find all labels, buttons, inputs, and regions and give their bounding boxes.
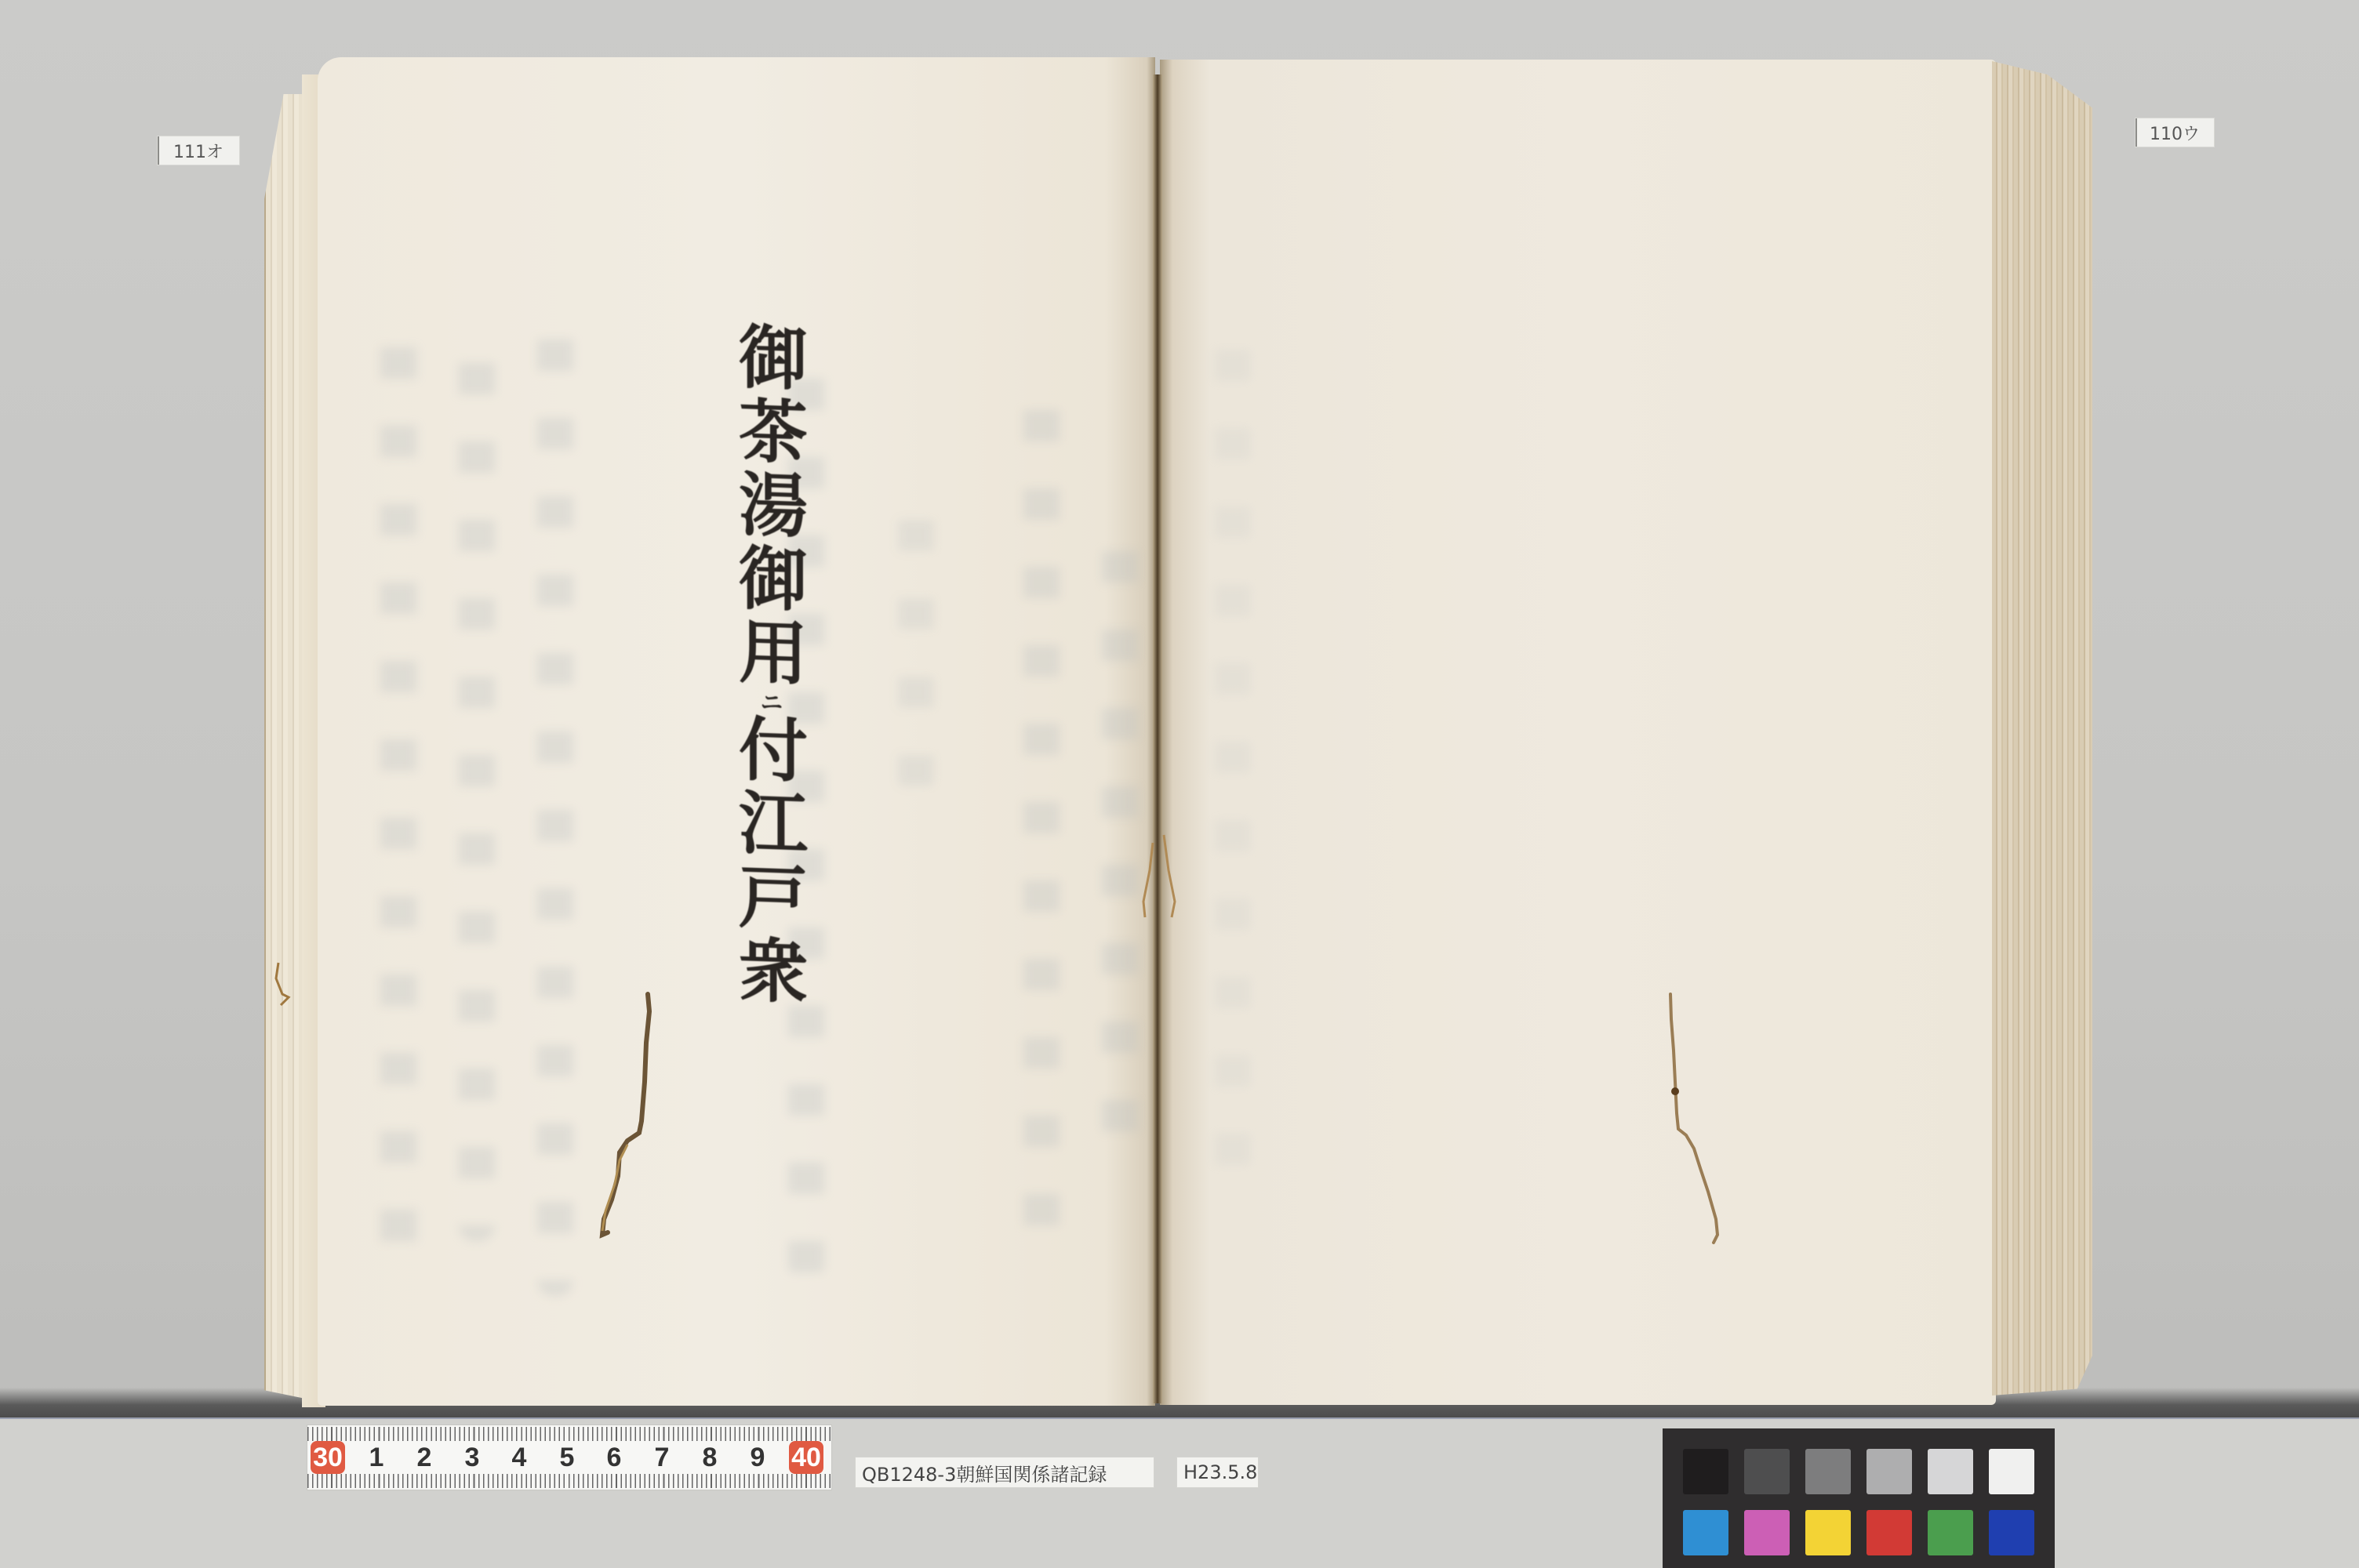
catalog-label: QB1248-3朝鮮国関係諸記録 [855,1457,1154,1488]
ruler-ticks-top [307,1427,831,1441]
ruler-label: 1 [361,1441,392,1474]
ruler-label: 30 [311,1441,345,1474]
swatch-dark-blue [1989,1510,2034,1555]
damage-marks [0,0,2359,1419]
swatch-gray-5 [1928,1449,1973,1494]
swatch-gray-3 [1805,1449,1851,1494]
swatch-green [1928,1510,1973,1555]
date-label: H23.5.8 [1176,1457,1259,1488]
ruler-label: 6 [598,1441,630,1474]
fore-edge-tear [276,963,289,1005]
swatch-gray-1 [1683,1449,1728,1494]
swatch-gray-6 [1989,1449,2034,1494]
measurement-ruler: 30 1 2 3 4 5 6 7 8 9 40 [307,1425,832,1490]
swatch-blue [1683,1510,1728,1555]
ruler-label: 5 [551,1441,583,1474]
open-book: 御茶湯御用ニ付江戸衆 [0,0,2359,1419]
ruler-label: 2 [409,1441,440,1474]
ruler-label: 7 [646,1441,678,1474]
color-calibration-chart [1663,1428,2055,1568]
worm-track-right-page [1670,994,1717,1243]
swatch-gray-4 [1866,1449,1912,1494]
ruler-numbers: 30 1 2 3 4 5 6 7 8 9 40 [307,1441,831,1474]
ruler-label: 40 [789,1441,823,1474]
swatch-magenta [1744,1510,1790,1555]
swatch-red [1866,1510,1912,1555]
ruler-label: 4 [503,1441,535,1474]
ruler-label: 3 [456,1441,488,1474]
gutter-tear [1143,835,1175,917]
ruler-label: 8 [694,1441,725,1474]
ruler-ticks-bottom [307,1474,831,1488]
ruler-label: 9 [742,1441,773,1474]
swatch-yellow [1805,1510,1851,1555]
swatch-gray-2 [1744,1449,1790,1494]
